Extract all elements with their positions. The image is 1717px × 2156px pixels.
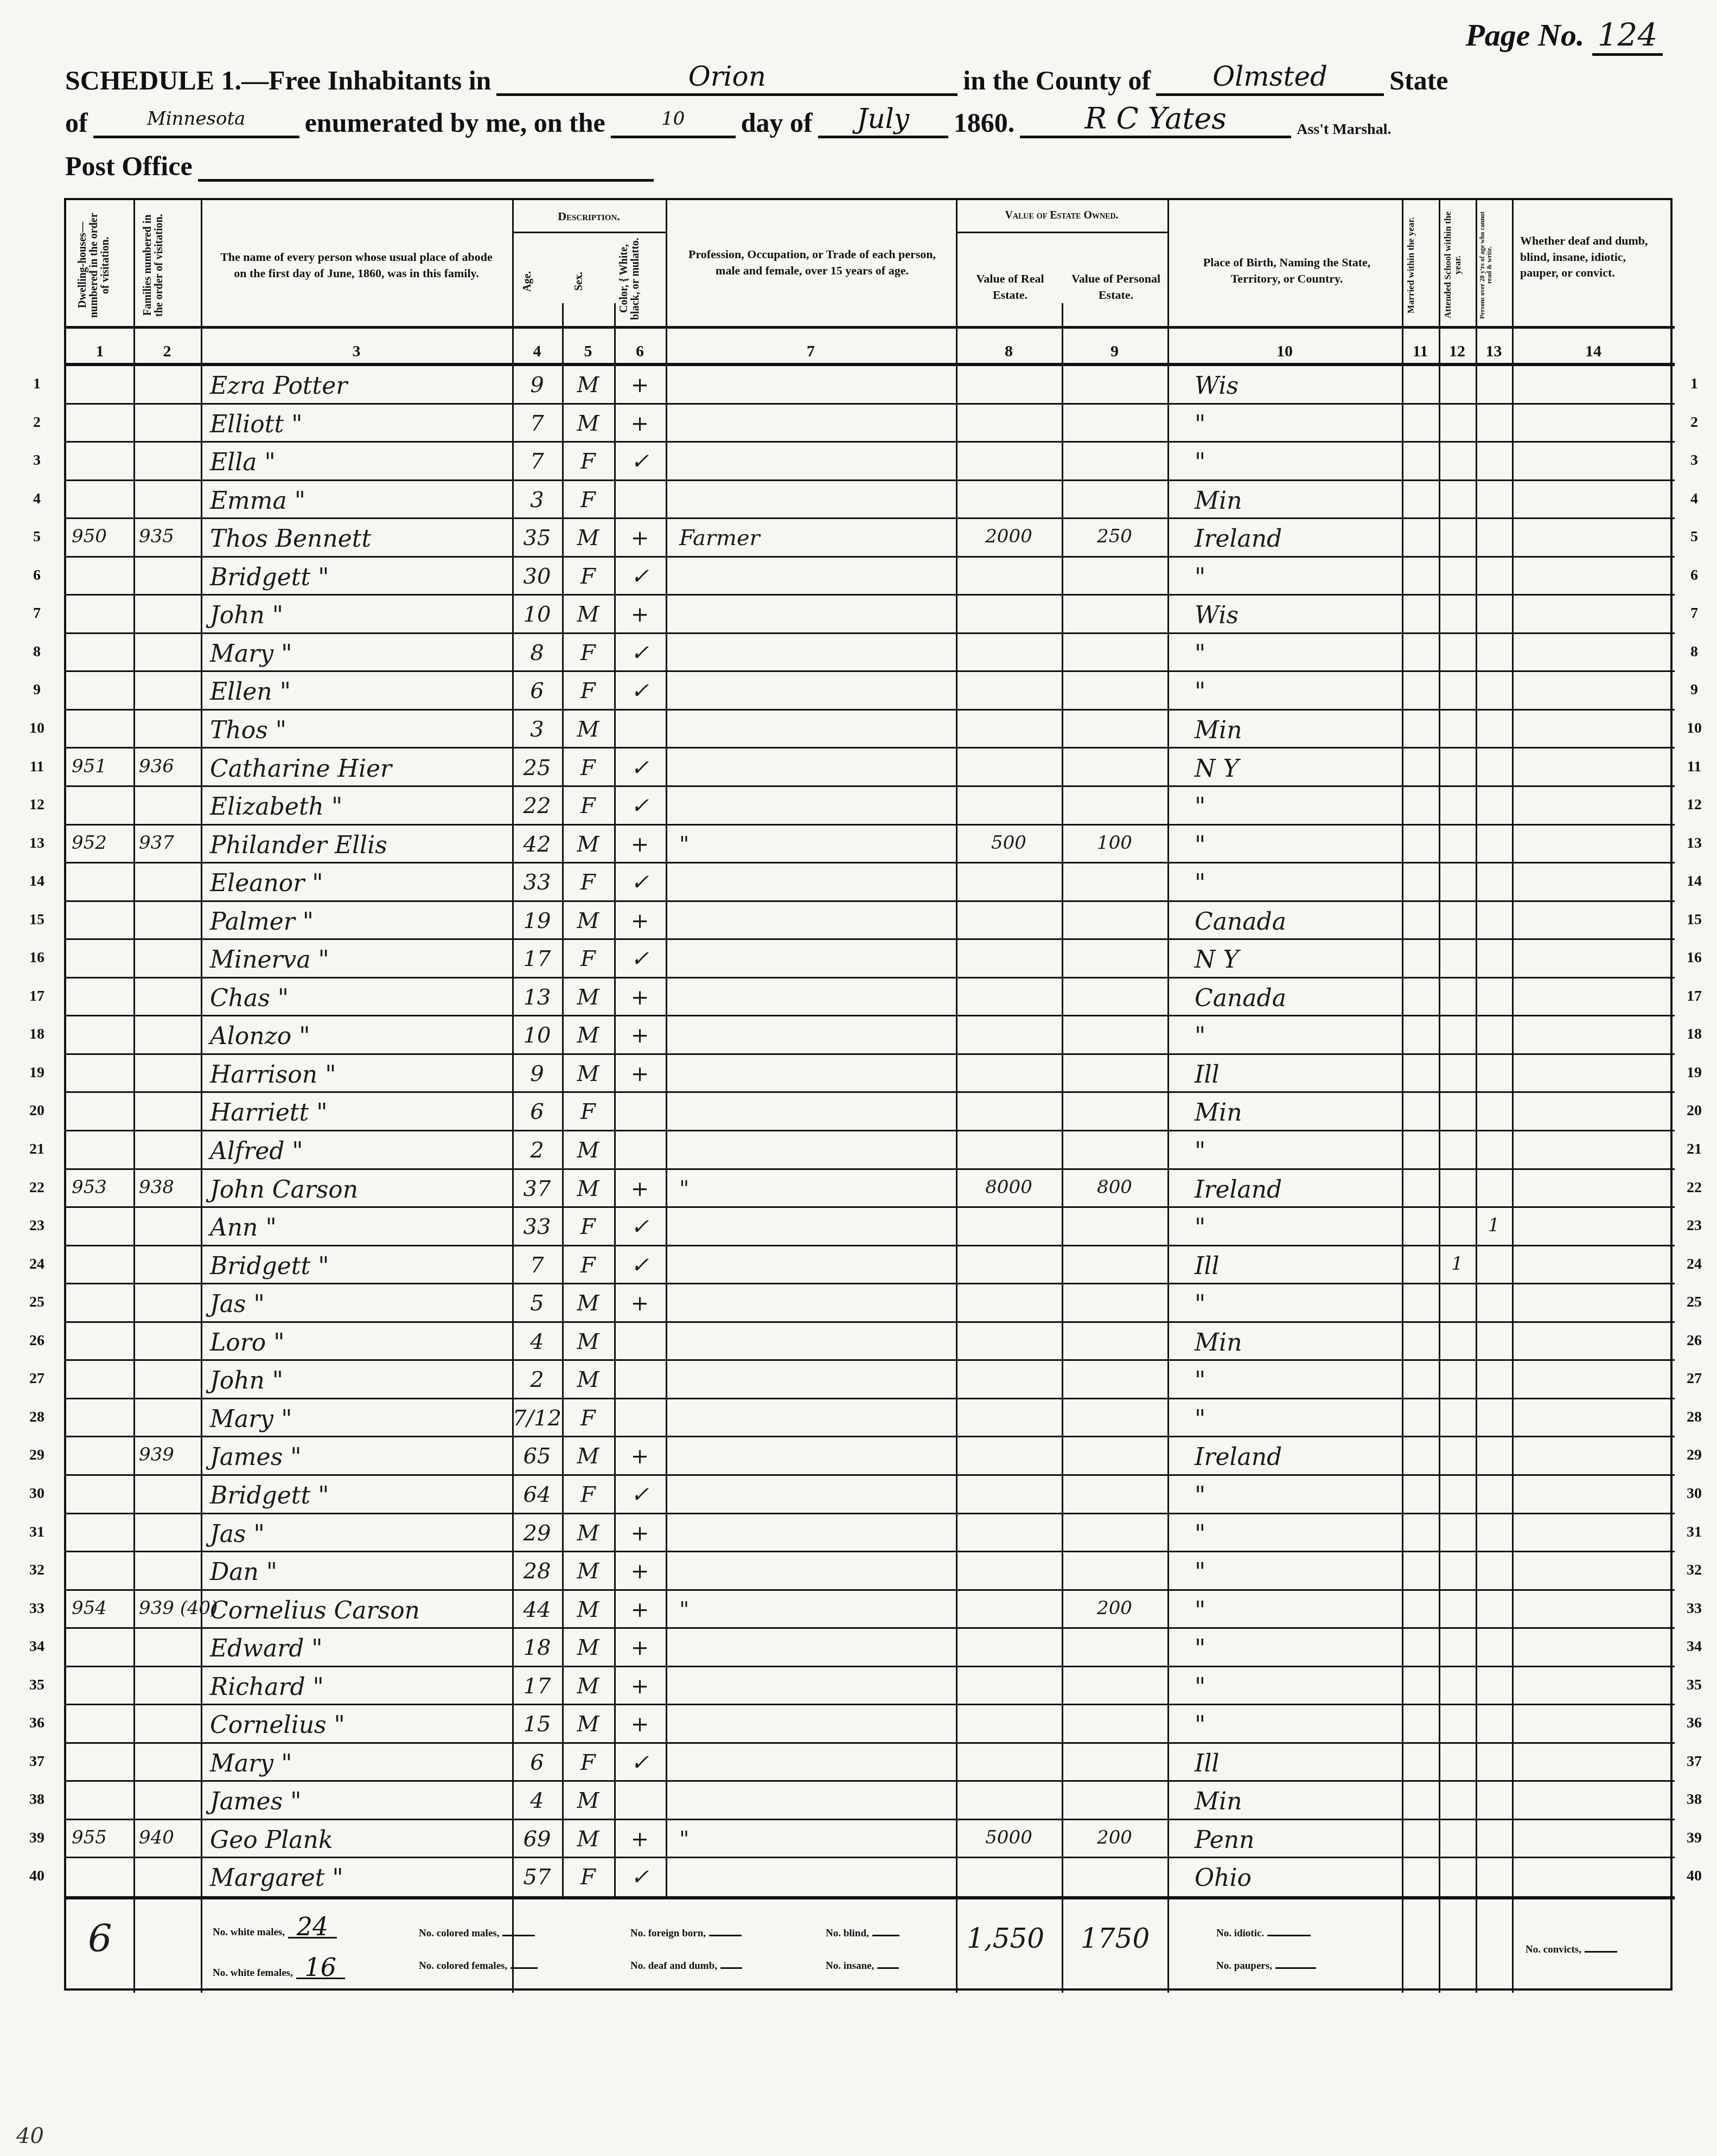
right-row-number: 14 (1678, 873, 1710, 890)
sex: M (562, 1025, 614, 1046)
color: + (614, 1675, 666, 1697)
place-of-birth: " (1195, 680, 1401, 704)
row-rule (66, 441, 1675, 443)
blind-label: No. blind, (826, 1928, 869, 1939)
sex: M (562, 1560, 614, 1582)
family-number: 938 (139, 1178, 201, 1197)
row-rule (66, 862, 1675, 863)
right-row-number: 39 (1678, 1829, 1710, 1847)
page-number-value: 124 (1592, 16, 1663, 56)
idiotic-label: No. idiotic. (1216, 1928, 1264, 1939)
col5-header: Sex. (573, 244, 606, 319)
header-rule (66, 326, 1675, 329)
sex: F (562, 757, 614, 779)
blind-value (872, 1935, 899, 1936)
right-row-number: 3 (1678, 452, 1710, 469)
age: 8 (512, 642, 562, 664)
place-of-birth: Min (1195, 1331, 1401, 1355)
person-name: Elliott " (210, 413, 508, 437)
row-rule (66, 1436, 1675, 1437)
place-of-birth: Canada (1195, 987, 1401, 1010)
age: 30 (512, 566, 562, 587)
person-name: Bridgett " (210, 1255, 508, 1278)
color: ✓ (614, 451, 666, 472)
col6-header: Color, { White, black, or mulatto. (618, 235, 663, 322)
page-number: Page No. 124 (1465, 16, 1663, 56)
person-name: Harriett " (210, 1101, 508, 1125)
age: 7 (512, 451, 562, 472)
col-divider (1439, 200, 1440, 1993)
row-rule (66, 1551, 1675, 1552)
col-number: 13 (1476, 342, 1512, 361)
person-name: Margaret " (210, 1866, 508, 1890)
sex: F (562, 680, 614, 702)
dwelling-number: 953 (72, 1178, 133, 1197)
sex: M (562, 1140, 614, 1161)
colored-males-label: No. colored males, (419, 1928, 499, 1939)
color: + (614, 604, 666, 625)
color: ✓ (614, 680, 666, 702)
estate-group-rule (956, 232, 1167, 233)
colored-females-value (510, 1967, 538, 1969)
white-males-label: No. white males, (213, 1927, 285, 1938)
sex: F (562, 872, 614, 893)
place-of-birth: Penn (1195, 1828, 1401, 1852)
row-rule (66, 709, 1675, 711)
deaf-dumb-summary: No. deaf and dumb, (630, 1960, 742, 1972)
sex: F (562, 948, 614, 970)
person-name: Bridgett " (210, 1484, 508, 1508)
age: 6 (512, 680, 562, 702)
row-rule (66, 1513, 1675, 1514)
color: + (614, 1063, 666, 1085)
convicts-summary: No. convicts, (1525, 1944, 1617, 1956)
place-of-birth: " (1195, 834, 1401, 858)
left-row-number: 6 (21, 567, 53, 584)
age: 17 (512, 1675, 562, 1697)
row-rule (66, 1015, 1675, 1016)
left-row-number: 18 (21, 1026, 53, 1043)
age: 9 (512, 1063, 562, 1085)
family-number: 939 (40) (139, 1599, 201, 1617)
place-of-birth: Min (1195, 1790, 1401, 1814)
col-divider (201, 200, 202, 1993)
colored-females-summary: No. colored females, (419, 1960, 538, 1972)
left-row-number: 3 (21, 452, 53, 469)
convicts-label: No. convicts, (1525, 1944, 1581, 1955)
sex: M (562, 1331, 614, 1353)
place-of-birth: " (1195, 1599, 1401, 1623)
person-name: Mary " (210, 1408, 508, 1431)
person-name: John " (210, 604, 508, 628)
row-rule (66, 1283, 1675, 1284)
place-of-birth: Min (1195, 489, 1401, 513)
sex: M (562, 910, 614, 932)
age: 17 (512, 948, 562, 970)
color: + (614, 987, 666, 1008)
left-row-number: 5 (21, 528, 53, 546)
description-group-header: Description. (512, 208, 666, 225)
col12-header: Attended School within the year. (1443, 208, 1473, 322)
place-of-birth: " (1195, 1637, 1401, 1661)
person-name: John " (210, 1369, 508, 1393)
age: 7 (512, 413, 562, 434)
right-row-number: 24 (1678, 1256, 1710, 1273)
person-name: Jas " (210, 1522, 508, 1546)
sex: F (562, 1216, 614, 1238)
col-number: 14 (1512, 342, 1675, 361)
description-group-rule (512, 232, 666, 233)
real-estate-value: 5000 (956, 1828, 1062, 1847)
color: + (614, 1637, 666, 1659)
person-name: Catharine Hier (210, 757, 508, 781)
col-divider (956, 200, 958, 1993)
illiterate-flag: 1 (1476, 1216, 1512, 1234)
color: + (614, 1828, 666, 1850)
col-number: 8 (956, 342, 1062, 361)
person-name: James " (210, 1445, 508, 1469)
row-rule (66, 1398, 1675, 1399)
place-of-birth: " (1195, 1560, 1401, 1584)
schedule-label: SCHEDULE 1.—Free Inhabitants in (65, 65, 491, 96)
place-of-birth: " (1195, 566, 1401, 590)
left-row-number: 30 (21, 1485, 53, 1502)
family-number: 939 (139, 1445, 201, 1464)
row-rule (66, 1589, 1675, 1591)
row-rule (66, 403, 1675, 405)
place-of-birth: Ill (1195, 1255, 1401, 1278)
col-number: 12 (1439, 342, 1476, 361)
right-row-number: 6 (1678, 567, 1710, 584)
col-number: 5 (562, 342, 614, 361)
schedule-title-line: SCHEDULE 1.—Free Inhabitants in Orion in… (65, 60, 1448, 96)
color: + (614, 1445, 666, 1467)
age: 64 (512, 1484, 562, 1506)
convicts-value (1585, 1951, 1617, 1953)
real-estate-value: 500 (956, 834, 1062, 852)
place-of-birth: " (1195, 1713, 1401, 1737)
place-of-birth: " (1195, 1675, 1401, 1699)
right-row-number: 8 (1678, 643, 1710, 661)
age: 6 (512, 1752, 562, 1774)
right-row-number: 2 (1678, 414, 1710, 431)
row-rule (66, 670, 1675, 672)
paupers-value (1275, 1967, 1316, 1969)
real-estate-value: 8000 (956, 1178, 1062, 1197)
family-number: 940 (139, 1828, 201, 1847)
foreign-born-label: No. foreign born, (630, 1928, 706, 1939)
year-label: 1860. (954, 107, 1015, 138)
occupation: " (679, 1599, 950, 1621)
day-field: 10 (611, 102, 736, 138)
dwelling-number: 950 (72, 527, 133, 546)
personal-estate-value: 200 (1062, 1828, 1167, 1847)
age: 3 (512, 719, 562, 740)
month-field: July (818, 102, 948, 138)
left-row-number: 15 (21, 911, 53, 929)
enumerated-label: enumerated by me, on the (305, 107, 605, 138)
post-office-field (198, 145, 654, 182)
foreign-born-summary: No. foreign born, (630, 1928, 742, 1940)
color: ✓ (614, 1866, 666, 1888)
col-number: 3 (201, 342, 512, 361)
col-divider (1167, 200, 1169, 1993)
row-rule (66, 1819, 1675, 1820)
person-name: John Carson (210, 1178, 508, 1202)
left-row-number: 37 (21, 1753, 53, 1770)
left-row-number: 26 (21, 1332, 53, 1349)
idiotic-value (1267, 1935, 1311, 1936)
age: 35 (512, 527, 562, 549)
right-row-number: 20 (1678, 1102, 1710, 1119)
left-row-number: 39 (21, 1829, 53, 1847)
row-rule (66, 1359, 1675, 1361)
right-row-number: 31 (1678, 1524, 1710, 1541)
col14-header: Whether deaf and dumb, blind, insane, id… (1520, 233, 1667, 281)
person-name: Dan " (210, 1560, 508, 1584)
total-personal-estate: 1750 (1081, 1925, 1150, 1952)
left-row-number: 22 (21, 1179, 53, 1197)
left-row-number: 17 (21, 988, 53, 1005)
idiotic-summary: No. idiotic. (1216, 1928, 1311, 1940)
right-row-number: 18 (1678, 1026, 1710, 1043)
person-name: Thos " (210, 719, 508, 743)
left-row-number: 29 (21, 1447, 53, 1464)
place-of-birth: Wis (1195, 374, 1401, 398)
left-row-number: 28 (21, 1409, 53, 1426)
left-row-number: 33 (21, 1600, 53, 1617)
col10-header: Place of Birth, Naming the State, Territ… (1178, 254, 1395, 286)
right-row-number: 9 (1678, 681, 1710, 699)
occupation: " (679, 1178, 950, 1200)
person-name: Geo Plank (210, 1828, 508, 1852)
sex: M (562, 527, 614, 549)
colored-males-summary: No. colored males, (419, 1928, 535, 1940)
left-row-number: 11 (21, 758, 53, 776)
person-name: Mary " (210, 642, 508, 666)
right-row-number: 10 (1678, 720, 1710, 737)
township-field: Orion (496, 60, 958, 96)
age: 4 (512, 1790, 562, 1812)
left-row-number: 35 (21, 1677, 53, 1694)
left-row-number: 27 (21, 1370, 53, 1387)
color: ✓ (614, 872, 666, 893)
sex: M (562, 1369, 614, 1391)
age: 57 (512, 1866, 562, 1888)
sex: F (562, 795, 614, 817)
state-label: State (1389, 65, 1448, 96)
left-row-number: 40 (21, 1867, 53, 1885)
right-row-number: 28 (1678, 1409, 1710, 1426)
personal-estate-value: 200 (1062, 1599, 1167, 1617)
col-number: 4 (512, 342, 562, 361)
family-number: 937 (139, 834, 201, 852)
person-name: Philander Ellis (210, 834, 508, 858)
sex: M (562, 987, 614, 1008)
col-divider (1512, 200, 1514, 1993)
sex: F (562, 451, 614, 472)
age: 10 (512, 604, 562, 625)
right-row-number: 22 (1678, 1179, 1710, 1197)
margin-note: 40 (16, 2123, 44, 2148)
place-of-birth: " (1195, 1408, 1401, 1431)
place-of-birth: N Y (1195, 757, 1401, 781)
person-name: Alonzo " (210, 1025, 508, 1048)
right-row-number: 1 (1678, 375, 1710, 393)
personal-estate-value: 250 (1062, 527, 1167, 546)
white-females-summary: No. white females,16 (213, 1957, 345, 1979)
right-row-number: 15 (1678, 911, 1710, 929)
age: 25 (512, 757, 562, 779)
sex: M (562, 1599, 614, 1621)
right-row-number: 16 (1678, 949, 1710, 967)
occupation: " (679, 834, 950, 855)
place-of-birth: " (1195, 1140, 1401, 1163)
white-females-value: 16 (296, 1957, 345, 1979)
sex: M (562, 1828, 614, 1850)
age: 33 (512, 872, 562, 893)
place-of-birth: " (1195, 872, 1401, 895)
person-name: Thos Bennett (210, 527, 508, 551)
age: 69 (512, 1828, 562, 1850)
color: + (614, 910, 666, 932)
color: + (614, 1293, 666, 1314)
row-rule (66, 1168, 1675, 1170)
sex: F (562, 1408, 614, 1429)
row-rule (66, 556, 1675, 558)
right-row-number: 4 (1678, 490, 1710, 508)
age: 15 (512, 1713, 562, 1735)
age: 18 (512, 1637, 562, 1659)
color: ✓ (614, 948, 666, 970)
col8-header: Value of Real Estate. (961, 271, 1059, 303)
person-name: Jas " (210, 1293, 508, 1316)
white-females-label: No. white females, (213, 1967, 293, 1979)
insane-value (877, 1967, 899, 1969)
person-name: Cornelius Carson (210, 1599, 508, 1623)
age: 42 (512, 834, 562, 855)
person-name: Mary " (210, 1752, 508, 1776)
age: 33 (512, 1216, 562, 1238)
age: 9 (512, 374, 562, 396)
occupation: Farmer (679, 527, 950, 549)
col11-header: Married within the year. (1406, 208, 1436, 322)
right-row-number: 32 (1678, 1562, 1710, 1579)
col13-header: Persons over 20 y'rs of age who cannot r… (1479, 208, 1509, 322)
left-row-number: 25 (21, 1294, 53, 1311)
color: ✓ (614, 1216, 666, 1238)
place-of-birth: " (1195, 1484, 1401, 1508)
right-row-number: 21 (1678, 1141, 1710, 1158)
color: ✓ (614, 1255, 666, 1276)
color: + (614, 1599, 666, 1621)
row-rule (66, 1742, 1675, 1744)
right-row-number: 7 (1678, 605, 1710, 622)
census-table: Dwelling-houses—numbered in the order of… (64, 198, 1673, 1991)
sex: M (562, 1178, 614, 1200)
sex: M (562, 1522, 614, 1544)
person-name: Ellen " (210, 680, 508, 704)
color: + (614, 527, 666, 549)
left-row-number: 12 (21, 796, 53, 814)
right-row-number: 29 (1678, 1447, 1710, 1464)
sex: F (562, 566, 614, 587)
person-name: Cornelius " (210, 1713, 508, 1737)
blind-summary: No. blind, (826, 1928, 899, 1940)
color: + (614, 1713, 666, 1735)
row-rule (66, 900, 1675, 902)
place-of-birth: " (1195, 795, 1401, 819)
marshal-signature: R C Yates (1020, 102, 1291, 138)
insane-summary: No. insane, (826, 1960, 899, 1972)
right-row-number: 11 (1678, 758, 1710, 776)
left-row-number: 16 (21, 949, 53, 967)
col-number: 2 (133, 342, 201, 361)
col-number: 7 (666, 342, 956, 361)
personal-estate-value: 800 (1062, 1178, 1167, 1197)
row-rule (66, 1130, 1675, 1131)
left-row-number: 36 (21, 1714, 53, 1732)
dwelling-number: 955 (72, 1828, 133, 1847)
sex: M (562, 1445, 614, 1467)
sex: M (562, 834, 614, 855)
left-row-number: 9 (21, 681, 53, 699)
deaf-dumb-value (720, 1967, 742, 1969)
age: 10 (512, 1025, 562, 1046)
place-of-birth: " (1195, 1216, 1401, 1240)
person-name: Palmer " (210, 910, 508, 934)
page-number-label: Page No. (1465, 17, 1584, 53)
left-row-number: 4 (21, 490, 53, 508)
sex: F (562, 1752, 614, 1774)
total-real-estate: 1,550 (967, 1925, 1044, 1952)
day-of-label: day of (741, 107, 813, 138)
dwelling-number: 952 (72, 834, 133, 852)
left-row-number: 20 (21, 1102, 53, 1119)
place-of-birth: Ireland (1195, 1445, 1401, 1469)
row-rule (66, 1053, 1675, 1055)
sex: M (562, 1713, 614, 1735)
person-name: Alfred " (210, 1140, 508, 1163)
right-row-number: 19 (1678, 1064, 1710, 1082)
school-flag: 1 (1439, 1255, 1476, 1273)
color: ✓ (614, 795, 666, 817)
row-rule (66, 1627, 1675, 1629)
right-row-number: 36 (1678, 1714, 1710, 1732)
color: + (614, 1560, 666, 1582)
age: 4 (512, 1331, 562, 1353)
sex: F (562, 489, 614, 511)
right-row-number: 12 (1678, 796, 1710, 814)
place-of-birth: N Y (1195, 948, 1401, 972)
person-name: Ann " (210, 1216, 508, 1240)
sex: M (562, 1790, 614, 1812)
place-of-birth: " (1195, 642, 1401, 666)
paupers-label: No. paupers, (1216, 1960, 1272, 1972)
left-row-number: 14 (21, 873, 53, 890)
person-name: Elizabeth " (210, 795, 508, 819)
white-males-summary: No. white males,24 (213, 1917, 337, 1939)
age: 13 (512, 987, 562, 1008)
person-name: Bridgett " (210, 566, 508, 590)
left-row-number: 7 (21, 605, 53, 622)
marshal-label: Ass't Marshal. (1297, 121, 1391, 138)
age: 37 (512, 1178, 562, 1200)
foreign-born-value (709, 1935, 742, 1936)
age: 7/12 (512, 1408, 562, 1429)
post-office-label: Post Office (65, 150, 193, 182)
left-row-number: 21 (21, 1141, 53, 1158)
